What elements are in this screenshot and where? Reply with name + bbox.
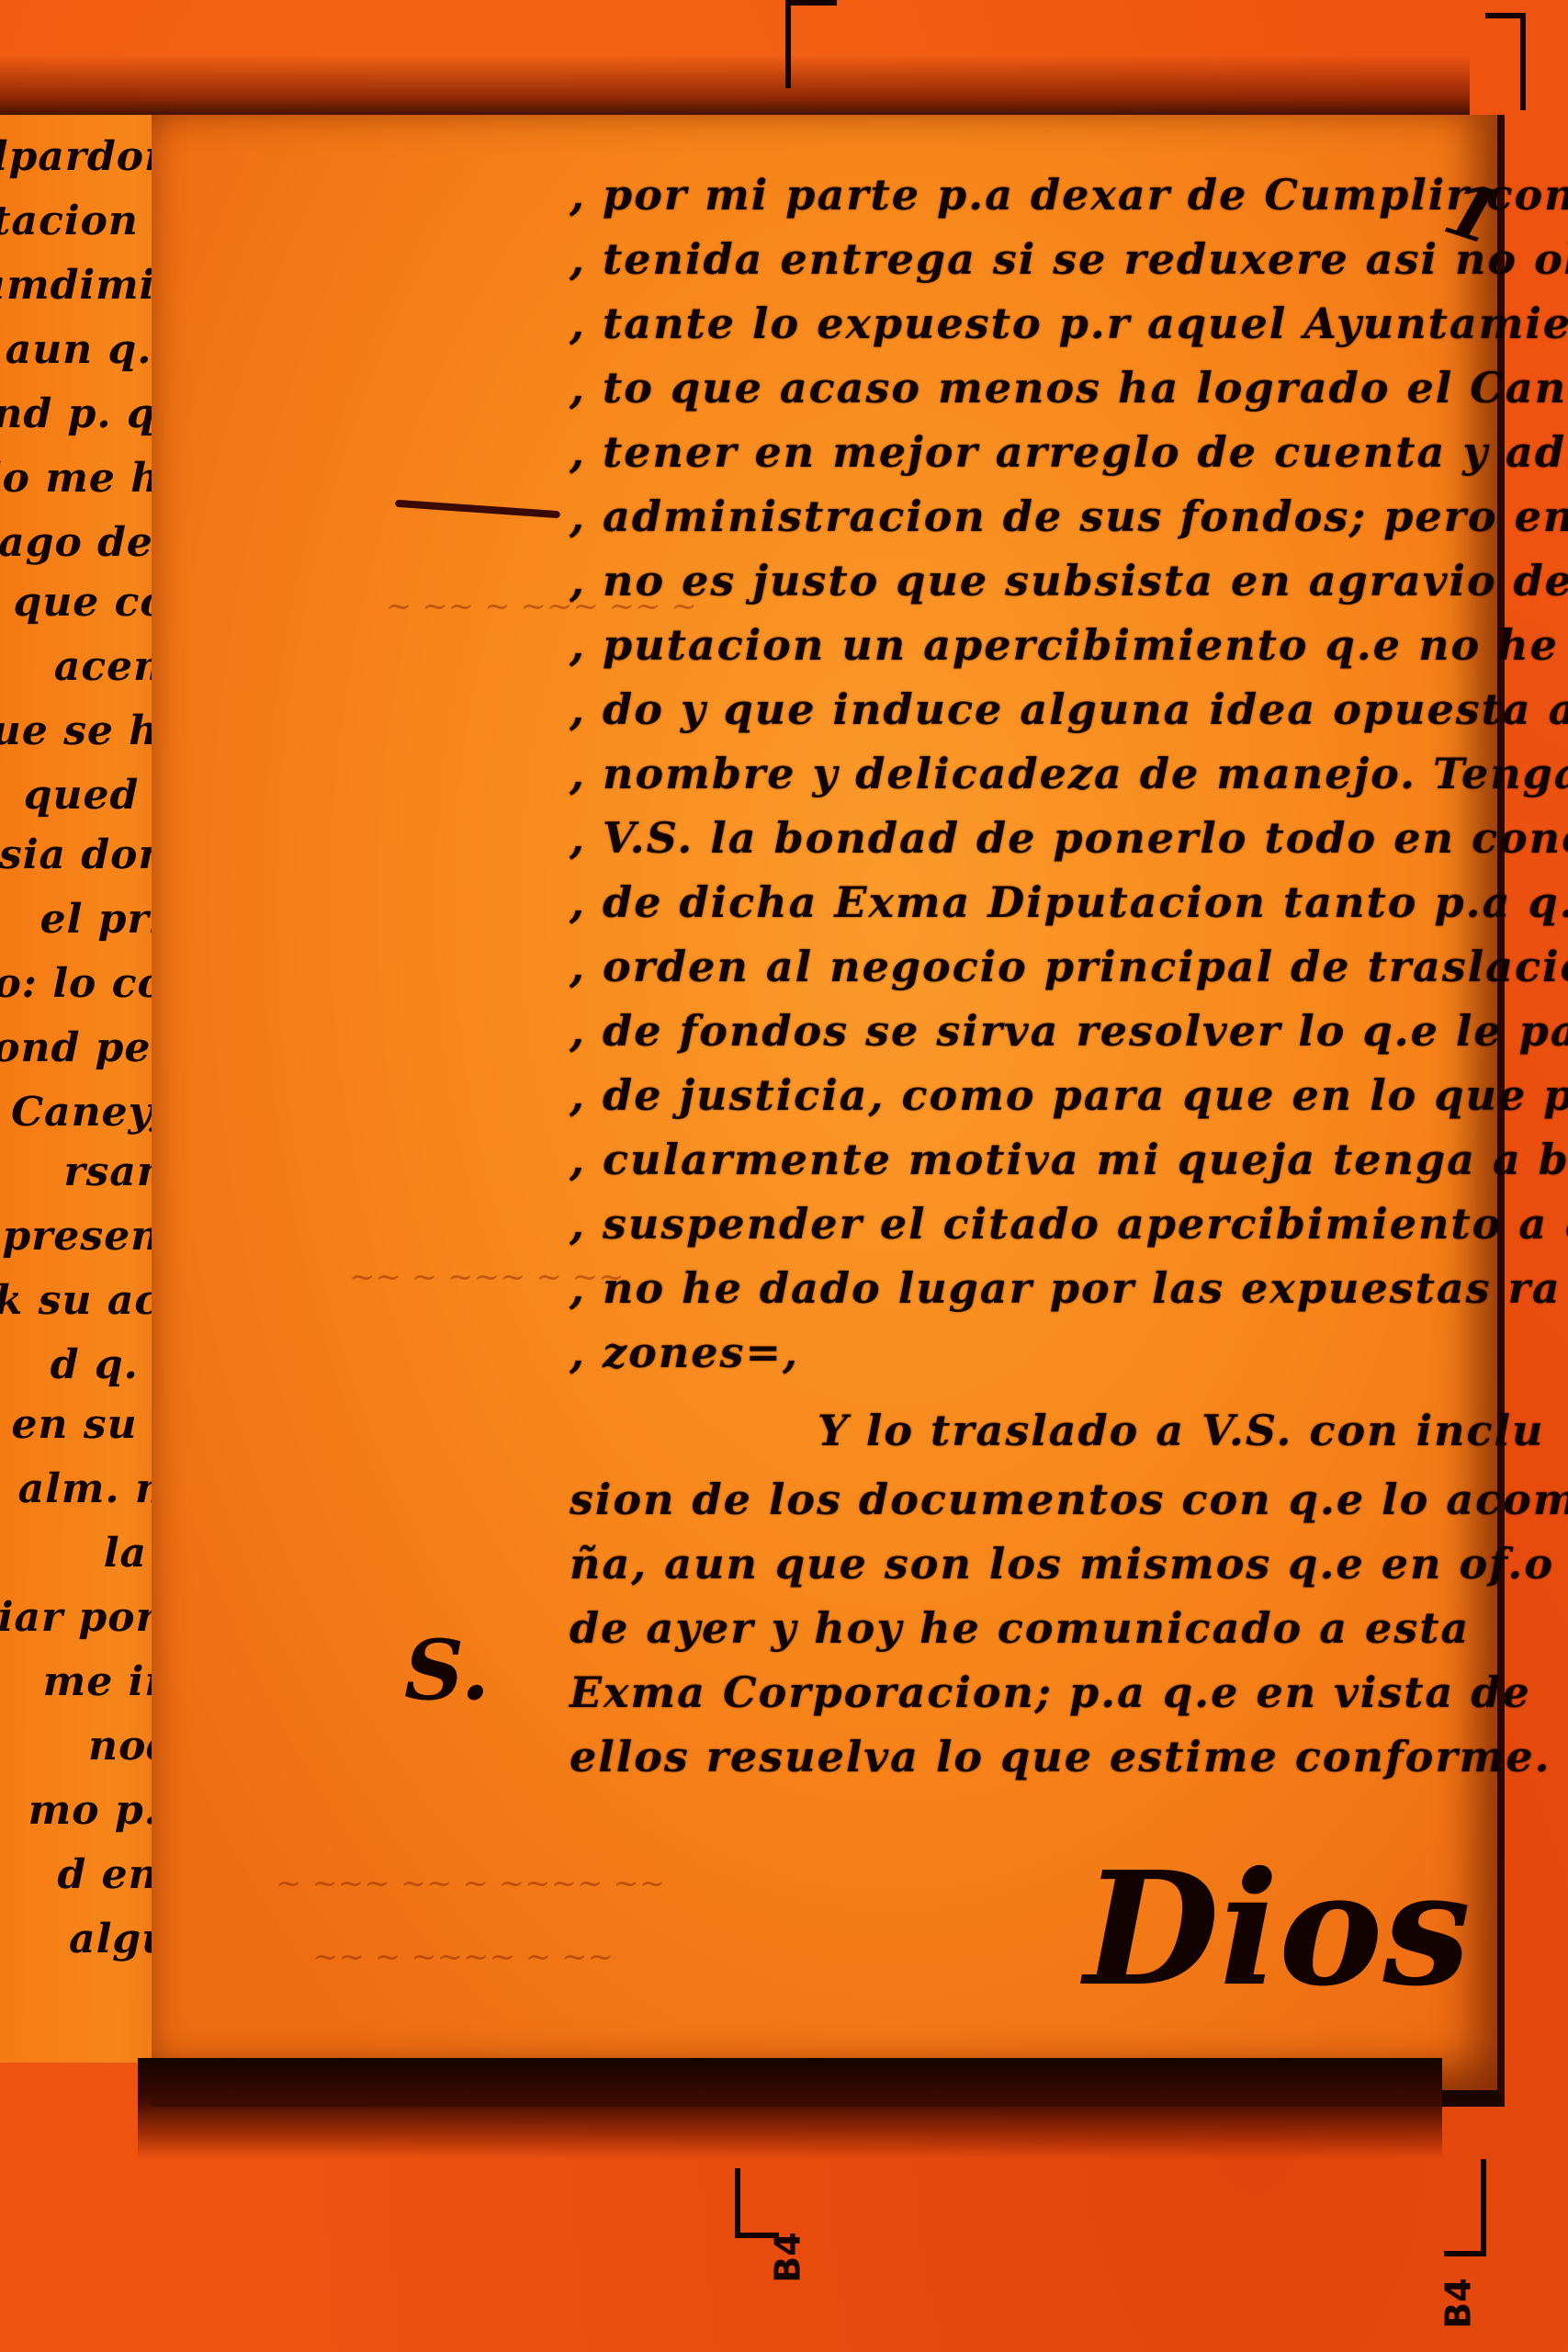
- manuscript-line: , de fondos se sirva resolver lo q.e le …: [570, 1006, 1568, 1056]
- manuscript-line: , tenida entrega si se reduxere asi no o…: [570, 234, 1568, 284]
- closing-line: Y lo traslado a V.S. con inclu: [818, 1406, 1544, 1455]
- manuscript-line: , do y que induce alguna idea opuesta a …: [570, 684, 1568, 734]
- manuscript-line: , administracion de sus fondos; pero ent…: [570, 492, 1568, 541]
- frame-label-left: B4: [768, 2232, 808, 2282]
- manuscript-line: , de justicia, como para que en lo que p…: [570, 1070, 1568, 1120]
- manuscript-line: , orden al negocio principal de traslaci…: [570, 942, 1568, 991]
- manuscript-line: , no he dado lugar por las expuestas ra: [570, 1263, 1562, 1313]
- crop-mark-top-right: [1485, 13, 1526, 110]
- closing-line: de ayer y hoy he comunicado a esta: [570, 1603, 1470, 1653]
- frame-label-right: B4: [1438, 2278, 1479, 2328]
- manuscript-line: , V.S. la bondad de ponerlo todo en cono…: [570, 813, 1568, 863]
- manuscript-line: , por mi parte p.a dexar de Cumplir con …: [570, 170, 1568, 220]
- manuscript-line: , nombre y delicadeza de manejo. Tenga p…: [570, 749, 1568, 798]
- signature: Dios: [1084, 1837, 1471, 2021]
- closing-line: Exma Corporacion; p.a q.e en vista de: [570, 1668, 1531, 1717]
- closing-line: ellos resuelva lo que estime conforme.: [570, 1732, 1551, 1781]
- crop-mark-bottom-left: [735, 2168, 779, 2238]
- manuscript-line: , suspender el citado apercibimiento a q…: [570, 1199, 1568, 1249]
- crop-mark-top-left: [785, 0, 837, 88]
- manuscript-line: , tante lo expuesto p.r aquel Ayuntamien: [570, 299, 1568, 348]
- crop-mark-bottom-right: [1444, 2159, 1486, 2256]
- manuscript-line: , putacion un apercibimiento q.e no he m…: [570, 620, 1568, 670]
- bleed-through-text: ~ ~~~ ~~ ~ ~~~~ ~~: [276, 1865, 665, 1902]
- manuscript-line: , no es justo que subsista en agravio de…: [570, 556, 1568, 605]
- page-bottom-edge-shadow: [138, 2058, 1442, 2159]
- marginal-note: S.: [404, 1622, 490, 1719]
- manuscript-line: , cularmente motiva mi queja tenga a bie…: [570, 1135, 1568, 1184]
- manuscript-line: , tener en mejor arreglo de cuenta y adm…: [570, 427, 1568, 477]
- manuscript-line: , de dicha Exma Diputacion tanto p.a q.e…: [570, 877, 1568, 927]
- bleed-through-text: ~~ ~ ~~~~ ~ ~~: [312, 1939, 614, 1975]
- manuscript-line: , zones=,: [570, 1328, 799, 1377]
- closing-line: ña, aun que son los mismos q.e en of.o: [570, 1539, 1554, 1589]
- manuscript-line: , to que acaso menos ha logrado el Caney: [570, 363, 1568, 413]
- closing-line: sion de los documentos con q.e lo acompa: [570, 1475, 1568, 1524]
